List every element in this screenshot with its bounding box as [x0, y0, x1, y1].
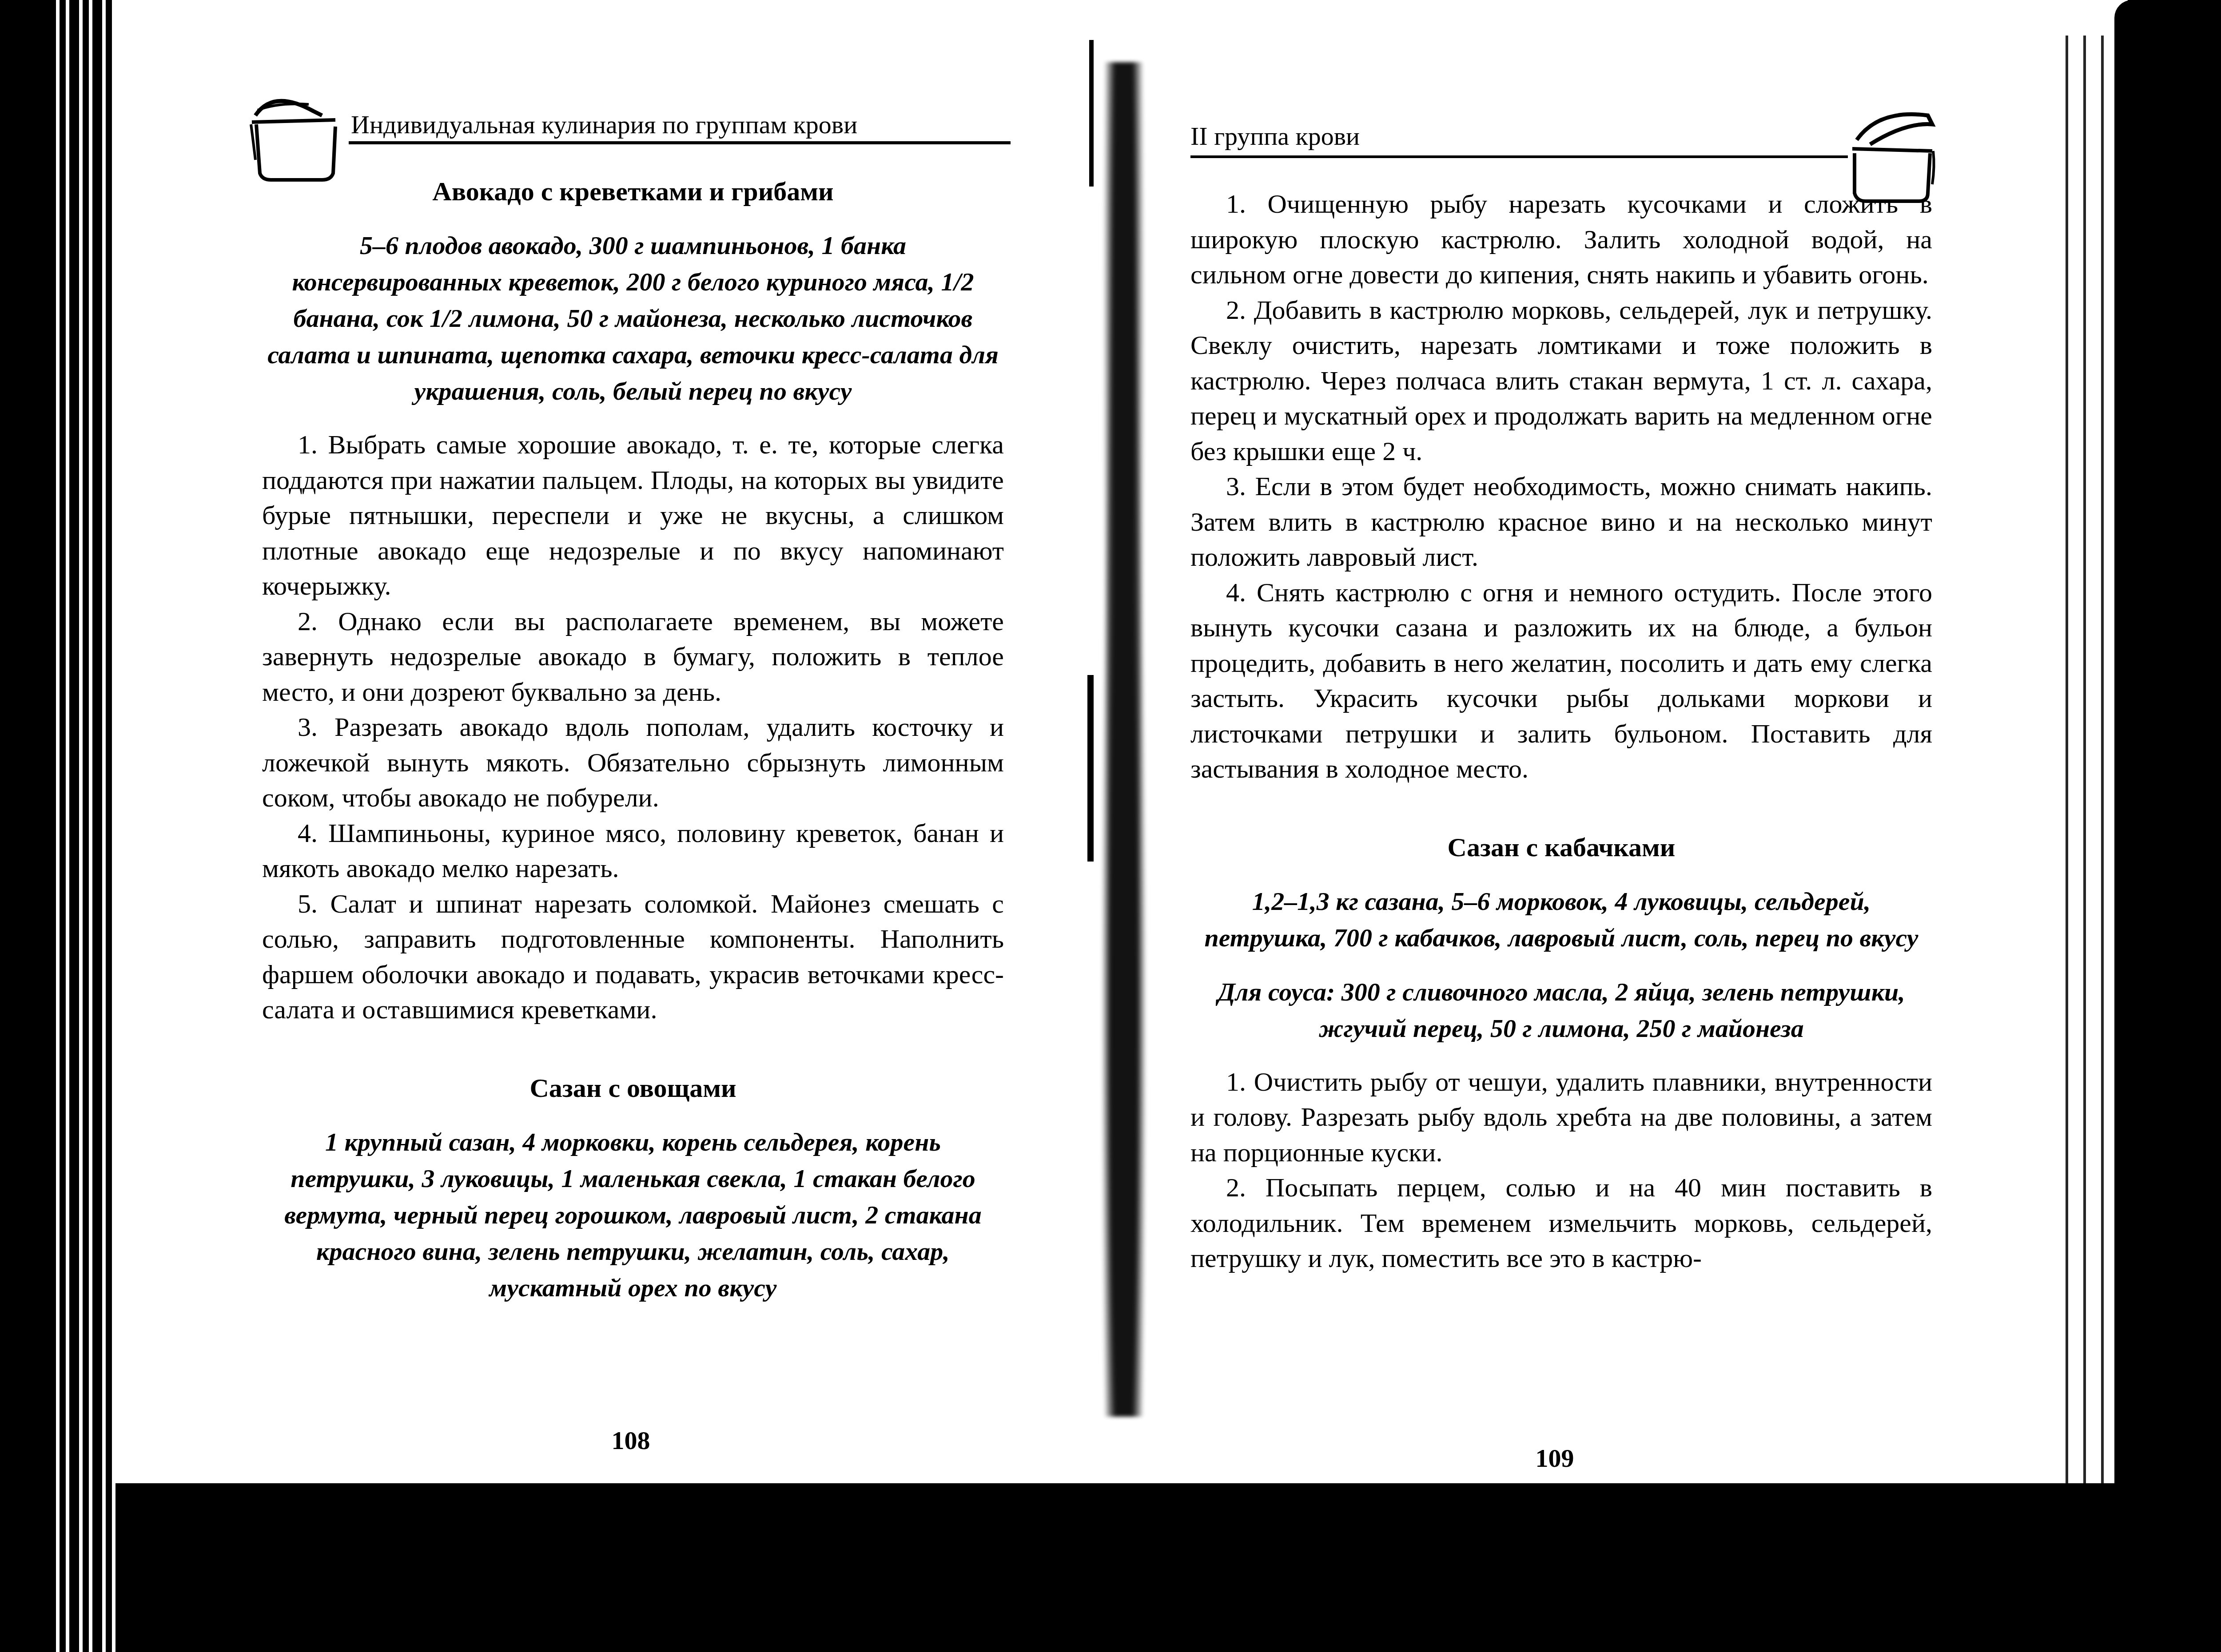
recipe-step: 2. Однако если вы располагаете временем,… — [262, 604, 1004, 710]
recipe-step: 5. Салат и шпинат нарезать соломкой. Май… — [262, 886, 1004, 1028]
running-head: II группа крови — [1190, 123, 1360, 149]
gutter-line-top — [1089, 40, 1094, 187]
recipe-step: 2. Посыпать перцем, солью и на 40 мин по… — [1190, 1170, 1932, 1276]
recipe-step: 1. Выбрать самые хорошие авокадо, т. е. … — [262, 427, 1004, 604]
left-page: Индивидуальная кулинария по группам кров… — [249, 0, 1013, 1483]
book-gutter-shadow — [1099, 62, 1148, 1417]
left-scan-border — [0, 0, 49, 1652]
sauce-ingredients: Для соуса: 300 г сливочного масла, 2 яйц… — [1190, 974, 1932, 1047]
recipe-step: 1. Очистить рыбу от чешуи, удалить плавн… — [1190, 1064, 1932, 1171]
recipe-step: 1. Очищенную рыбу нарезать кусочками и с… — [1190, 187, 1932, 293]
header-rule — [1190, 155, 1848, 158]
right-page: II группа крови 1. Очищенную рыбу нареза… — [1177, 0, 1941, 1483]
running-head: Индивидуальная кулинария по группам кров… — [351, 112, 857, 138]
recipe-title: Сазан с овощами — [262, 1072, 1004, 1104]
recipe-ingredients: 5–6 плодов авокадо, 300 г шампиньонов, 1… — [262, 227, 1004, 409]
header-rule — [349, 141, 1011, 144]
left-text-column: Авокадо с креветками и грибами 5–6 плодо… — [262, 175, 1004, 1324]
recipe-ingredients: 1,2–1,3 кг сазана, 5–6 морковок, 4 луков… — [1190, 883, 1932, 956]
recipe-title: Авокадо с креветками и грибами — [262, 175, 1004, 207]
recipe-step: 2. Добавить в кастрюлю морковь, сельдере… — [1190, 293, 1932, 469]
recipe-step: 4. Шампиньоны, куриное мясо, половину кр… — [262, 816, 1004, 886]
recipe-step: 3. Разрезать авокадо вдоль пополам, удал… — [262, 710, 1004, 816]
recipe-step: 4. Снять кастрюлю с огня и немного остуд… — [1190, 575, 1932, 787]
gutter-line-bottom — [1087, 675, 1094, 862]
right-text-column: 1. Очищенную рыбу нарезать кусочками и с… — [1190, 187, 1932, 1276]
recipe-step: 3. Если в этом будет необходимость, можн… — [1190, 469, 1932, 575]
cooking-pot-icon — [247, 84, 349, 187]
page-number: 108 — [564, 1426, 697, 1455]
scan-bottom-border — [0, 1483, 2221, 1652]
recipe-ingredients: 1 крупный сазан, 4 морковки, корень сель… — [262, 1124, 1004, 1306]
recipe-title: Сазан с кабачками — [1190, 831, 1932, 863]
page-number: 109 — [1488, 1443, 1621, 1473]
right-page-edges — [2057, 36, 2106, 1501]
right-scan-border — [2114, 0, 2221, 1652]
